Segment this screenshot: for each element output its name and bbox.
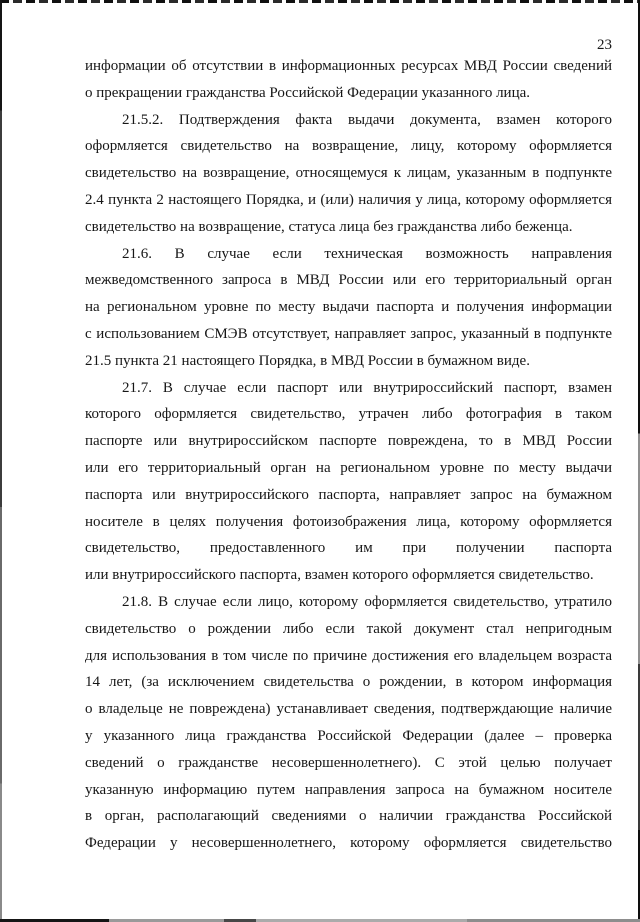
text-line: свидетельство на возвращение, относящему… xyxy=(85,160,612,187)
text-line: межведомственного запроса в МВД России и… xyxy=(85,267,612,294)
text-line: или его территориальный орган на региона… xyxy=(85,455,612,482)
document-body: информации об отсутствии в информационны… xyxy=(85,53,612,857)
text-line: указанную информацию путем направления з… xyxy=(85,777,612,804)
page-number: 23 xyxy=(85,36,612,54)
text-line: 21.6. В случае если техническая возможно… xyxy=(85,241,612,268)
text-line: о владельце не повреждена) устанавливает… xyxy=(85,696,612,723)
text-line: паспорте или внутрироссийском паспорте п… xyxy=(85,428,612,455)
text-line: носителе в целях получения фотоизображен… xyxy=(85,509,612,536)
scanned-document-page: { "page": { "number": "23" }, "document"… xyxy=(0,0,640,922)
text-line: у указанного лица гражданства Российской… xyxy=(85,723,612,750)
text-line: с использованием СМЭВ отсутствует, напра… xyxy=(85,321,612,348)
text-line: 21.8. В случае если лицо, которому оформ… xyxy=(85,589,612,616)
text-line: свидетельство, предоставленного им при п… xyxy=(85,535,612,562)
paragraph-continuation: информации об отсутствии в информационны… xyxy=(85,53,612,107)
text-line: которого оформляется свидетельство, утра… xyxy=(85,401,612,428)
text-line: 21.5.2. Подтверждения факта выдачи докум… xyxy=(85,107,612,134)
text-line: свидетельство на возвращение, статуса ли… xyxy=(85,214,612,241)
scan-edge-top xyxy=(0,0,640,3)
text-line: оформляется свидетельство на возвращение… xyxy=(85,133,612,160)
paragraph-21-5-2: 21.5.2. Подтверждения факта выдачи докум… xyxy=(85,107,612,241)
text-line: о прекращении гражданства Российской Фед… xyxy=(85,80,612,107)
paragraph-21-8: 21.8. В случае если лицо, которому оформ… xyxy=(85,589,612,857)
text-line: в орган, располагающий сведениями о нали… xyxy=(85,803,612,830)
paragraph-21-6: 21.6. В случае если техническая возможно… xyxy=(85,241,612,375)
text-line: паспорта или внутрироссийского паспорта,… xyxy=(85,482,612,509)
paragraph-21-7: 21.7. В случае если паспорт или внутриро… xyxy=(85,375,612,589)
scan-edge-left xyxy=(0,0,2,922)
text-line: сведений о гражданстве несовершеннолетне… xyxy=(85,750,612,777)
text-line: 21.7. В случае если паспорт или внутриро… xyxy=(85,375,612,402)
text-line: 2.4 пункта 2 настоящего Порядка, и (или)… xyxy=(85,187,612,214)
text-line: Федерации у несовершеннолетнего, котором… xyxy=(85,830,612,857)
text-line: 14 лет, (за исключением свидетельства о … xyxy=(85,669,612,696)
text-line: информации об отсутствии в информационны… xyxy=(85,53,612,80)
text-line: на региональном уровне по месту выдачи п… xyxy=(85,294,612,321)
text-line: свидетельство о рождении либо если такой… xyxy=(85,616,612,643)
text-line: 21.5 пункта 21 настоящего Порядка, в МВД… xyxy=(85,348,612,375)
text-line: или внутрироссийского паспорта, взамен к… xyxy=(85,562,612,589)
text-line: для использования в том числе по причине… xyxy=(85,643,612,670)
